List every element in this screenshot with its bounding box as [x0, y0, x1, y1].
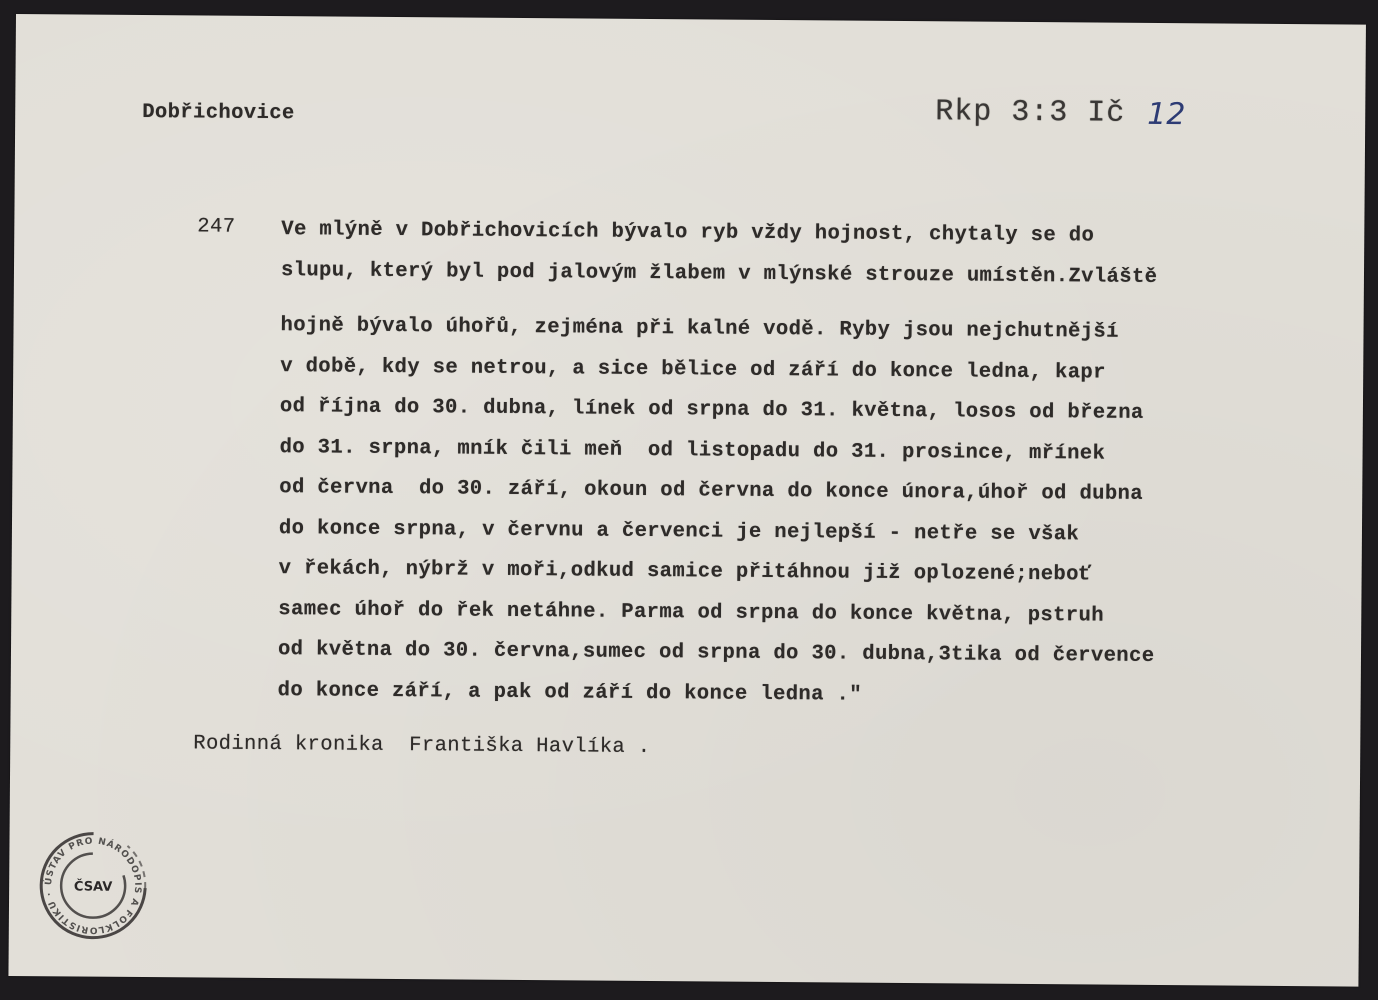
- text-line: do konce září, a pak od září do konce le…: [277, 677, 1154, 724]
- text-line: hojně bývalo úhořů, zejména při kalné vo…: [280, 312, 1157, 359]
- source-citation: Rodinná kronika Františka Havlíka .: [193, 732, 650, 759]
- text-line: v době, kdy se netrou, a sice bělice od …: [280, 353, 1157, 400]
- handwritten-number: 12: [1147, 97, 1185, 132]
- text-line: v řekách, nýbrž v moři,odkud samice přit…: [278, 555, 1155, 602]
- text-line: do konce srpna, v červnu a červenci je n…: [279, 515, 1156, 562]
- text-line: od května do 30. června,sumec od srpna d…: [278, 636, 1155, 683]
- text-line: slupu, který byl pod jalovým žlabem v ml…: [281, 257, 1158, 304]
- text-line: od června do 30. září, okoun od června d…: [279, 474, 1156, 521]
- text-line: Ve mlýně v Dobřichovicích bývalo ryb vžd…: [281, 216, 1158, 263]
- index-card: Dobřichovice Rkp 3:3 Ič 12 247 Ve mlýně …: [8, 14, 1366, 987]
- entry-text: Ve mlýně v Dobřichovicích bývalo ryb vžd…: [277, 216, 1157, 724]
- stamp-seal-icon: ÚSTAV PRO NÁRODOPIS A FOLKLORISTIKU · PR…: [35, 827, 152, 944]
- entry-number: 247: [197, 215, 235, 238]
- stamp-center-text: ČSAV: [74, 878, 113, 894]
- archive-reference: Rkp 3:3 Ič: [935, 95, 1125, 130]
- text-line: do 31. srpna, mník čili meň od listopadu…: [279, 434, 1156, 481]
- place-heading: Dobřichovice: [142, 101, 295, 125]
- text-line: samec úhoř do řek netáhne. Parma od srpn…: [278, 596, 1155, 643]
- text-line: od října do 30. dubna, línek od srpna do…: [280, 393, 1157, 440]
- institution-stamp: ÚSTAV PRO NÁRODOPIS A FOLKLORISTIKU · PR…: [35, 827, 152, 944]
